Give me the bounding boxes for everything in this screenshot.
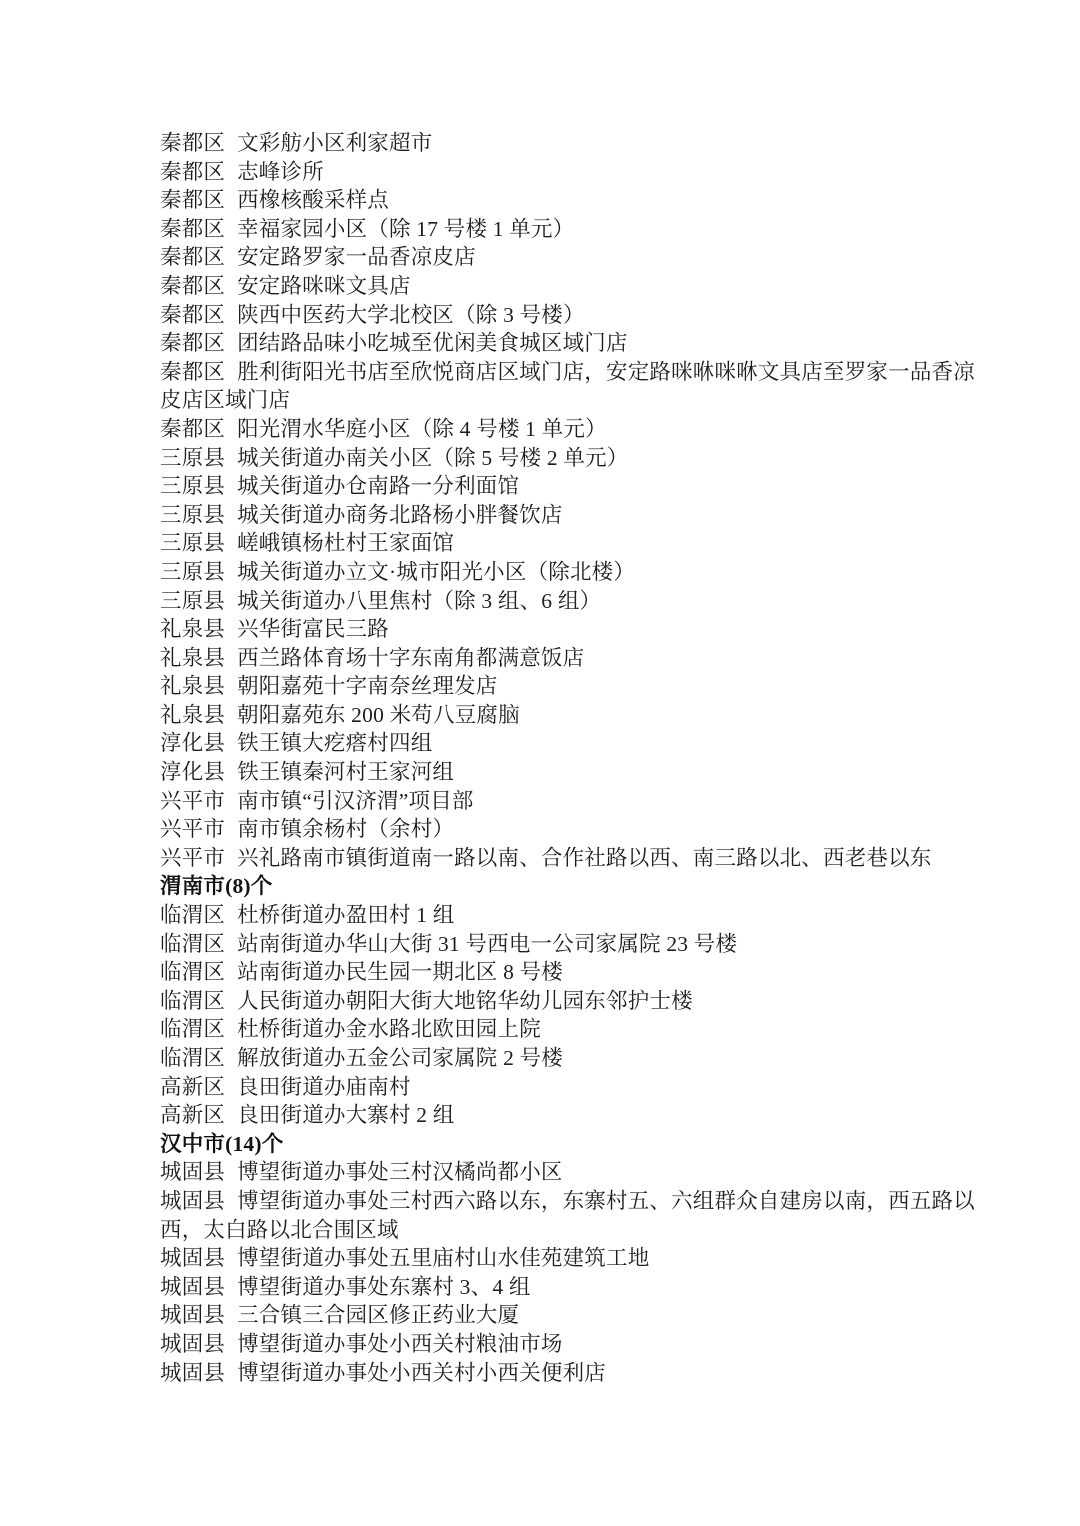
location-entry-line: 高新区良田街道办庙南村 [160, 1073, 1020, 1102]
district-label: 临渭区 [160, 901, 225, 930]
location-entry-line: 城固县博望街道办事处小西关村粮油市场 [160, 1330, 1020, 1359]
district-label: 临渭区 [160, 1044, 225, 1073]
location-text: 铁王镇大疙瘩村四组 [237, 731, 432, 755]
entry-continuation-line: 皮店区域门店 [160, 386, 1020, 415]
location-text: 杜桥街道办盈田村 1 组 [237, 903, 454, 927]
location-text: 博望街道办事处五里庙村山水佳苑建筑工地 [237, 1246, 649, 1270]
location-entry-line: 三原县城关街道办南关小区（除 5 号楼 2 单元） [160, 444, 1020, 473]
location-entry-line: 秦都区胜利街阳光书店至欣悦商店区域门店，安定路咪咻咪咻文具店至罗家一品香凉 [160, 358, 1020, 387]
location-text: 胜利街阳光书店至欣悦商店区域门店，安定路咪咻咪咻文具店至罗家一品香凉 [237, 360, 975, 384]
location-text: 城关街道办南关小区（除 5 号楼 2 单元） [237, 446, 628, 470]
district-label: 临渭区 [160, 930, 225, 959]
location-entry-line: 秦都区安定路咪咪文具店 [160, 272, 1020, 301]
location-text: 志峰诊所 [237, 160, 324, 184]
district-label: 兴平市 [160, 815, 225, 844]
location-entry-line: 秦都区西橡核酸采样点 [160, 186, 1020, 215]
district-label: 秦都区 [160, 415, 225, 444]
location-entry-line: 临渭区人民街道办朝阳大街大地铭华幼儿园东邻护士楼 [160, 987, 1020, 1016]
location-entry-line: 三原县城关街道办仓南路一分利面馆 [160, 472, 1020, 501]
district-label: 城固县 [160, 1158, 225, 1187]
district-label: 秦都区 [160, 129, 225, 158]
location-entry-line: 三原县城关街道办八里焦村（除 3 组、6 组） [160, 587, 1020, 616]
district-label: 三原县 [160, 472, 225, 501]
district-label: 礼泉县 [160, 672, 225, 701]
location-text: 嵯峨镇杨杜村王家面馆 [237, 531, 454, 555]
location-text: 南市镇余杨村（余村） [237, 817, 454, 841]
location-entry-line: 兴平市兴礼路南市镇街道南一路以南、合作社路以西、南三路以北、西老巷以东 [160, 844, 1020, 873]
district-label: 秦都区 [160, 215, 225, 244]
location-entry-line: 城固县博望街道办事处小西关村小西关便利店 [160, 1359, 1020, 1388]
location-entry-line: 秦都区安定路罗家一品香凉皮店 [160, 243, 1020, 272]
district-label: 秦都区 [160, 329, 225, 358]
location-entry-line: 礼泉县朝阳嘉苑十字南奈丝理发店 [160, 672, 1020, 701]
location-text: 南市镇“引汉济渭”项目部 [237, 789, 474, 813]
district-label: 临渭区 [160, 1015, 225, 1044]
location-entry-line: 临渭区站南街道办华山大街 31 号西电一公司家属院 23 号楼 [160, 930, 1020, 959]
location-entry-line: 秦都区志峰诊所 [160, 158, 1020, 187]
location-entry-line: 秦都区陕西中医药大学北校区（除 3 号楼） [160, 301, 1020, 330]
location-text: 西橡核酸采样点 [237, 188, 389, 212]
location-entry-line: 兴平市南市镇“引汉济渭”项目部 [160, 787, 1020, 816]
district-label: 淳化县 [160, 729, 225, 758]
district-label: 三原县 [160, 501, 225, 530]
district-label: 三原县 [160, 529, 225, 558]
district-label: 城固县 [160, 1244, 225, 1273]
location-text: 博望街道办事处小西关村小西关便利店 [237, 1361, 606, 1385]
location-text: 阳光渭水华庭小区（除 4 号楼 1 单元） [237, 417, 607, 441]
district-label: 城固县 [160, 1187, 225, 1216]
location-entry-line: 城固县博望街道办事处五里庙村山水佳苑建筑工地 [160, 1244, 1020, 1273]
location-text: 兴礼路南市镇街道南一路以南、合作社路以西、南三路以北、西老巷以东 [237, 846, 931, 870]
location-text: 博望街道办事处小西关村粮油市场 [237, 1332, 563, 1356]
district-label: 城固县 [160, 1301, 225, 1330]
district-label: 临渭区 [160, 958, 225, 987]
location-entry-line: 礼泉县兴华街富民三路 [160, 615, 1020, 644]
location-entry-line: 淳化县铁王镇大疙瘩村四组 [160, 729, 1020, 758]
district-label: 秦都区 [160, 186, 225, 215]
location-text: 兴华街富民三路 [237, 617, 389, 641]
location-entry-line: 临渭区杜桥街道办盈田村 1 组 [160, 901, 1020, 930]
location-text: 城关街道办仓南路一分利面馆 [237, 474, 519, 498]
location-text: 安定路罗家一品香凉皮店 [237, 245, 476, 269]
location-entry-line: 秦都区幸福家园小区（除 17 号楼 1 单元） [160, 215, 1020, 244]
location-entry-line: 三原县嵯峨镇杨杜村王家面馆 [160, 529, 1020, 558]
location-text: 解放街道办五金公司家属院 2 号楼 [237, 1046, 563, 1070]
location-entry-line: 城固县博望街道办事处三村西六路以东，东寨村五、六组群众自建房以南，西五路以 [160, 1187, 1020, 1216]
location-entry-line: 兴平市南市镇余杨村（余村） [160, 815, 1020, 844]
location-text: 站南街道办民生园一期北区 8 号楼 [237, 960, 563, 984]
location-text: 安定路咪咪文具店 [237, 274, 411, 298]
location-text: 城关街道办八里焦村（除 3 组、6 组） [237, 589, 601, 613]
location-text: 铁王镇秦河村王家河组 [237, 760, 454, 784]
location-entry-line: 高新区良田街道办大寨村 2 组 [160, 1101, 1020, 1130]
location-entry-line: 城固县三合镇三合园区修正药业大厦 [160, 1301, 1020, 1330]
location-text: 团结路品味小吃城至优闲美食城区域门店 [237, 331, 628, 355]
location-text: 西兰路体育场十字东南角都满意饭店 [237, 646, 584, 670]
location-entry-line: 秦都区阳光渭水华庭小区（除 4 号楼 1 单元） [160, 415, 1020, 444]
location-text: 良田街道办大寨村 2 组 [237, 1103, 454, 1127]
location-text: 城关街道办立文·城市阳光小区（除北楼） [237, 560, 635, 584]
entry-continuation-line: 西，太白路以北合围区域 [160, 1216, 1020, 1245]
location-entry-line: 礼泉县西兰路体育场十字东南角都满意饭店 [160, 644, 1020, 673]
location-text: 良田街道办庙南村 [237, 1075, 411, 1099]
district-label: 秦都区 [160, 301, 225, 330]
district-label: 三原县 [160, 558, 225, 587]
location-entry-line: 秦都区文彩舫小区利家超市 [160, 129, 1020, 158]
district-label: 兴平市 [160, 844, 225, 873]
district-label: 三原县 [160, 444, 225, 473]
location-text: 三合镇三合园区修正药业大厦 [237, 1303, 519, 1327]
location-entry-line: 淳化县铁王镇秦河村王家河组 [160, 758, 1020, 787]
district-label: 淳化县 [160, 758, 225, 787]
document-page: 秦都区文彩舫小区利家超市秦都区志峰诊所秦都区西橡核酸采样点秦都区幸福家园小区（除… [0, 0, 1080, 1526]
location-text: 博望街道办事处三村西六路以东，东寨村五、六组群众自建房以南，西五路以 [237, 1189, 975, 1213]
district-label: 临渭区 [160, 987, 225, 1016]
location-entry-line: 三原县城关街道办商务北路杨小胖餐饮店 [160, 501, 1020, 530]
district-label: 礼泉县 [160, 615, 225, 644]
location-entry-line: 礼泉县朝阳嘉苑东 200 米苟八豆腐脑 [160, 701, 1020, 730]
district-label: 礼泉县 [160, 644, 225, 673]
location-entry-line: 三原县城关街道办立文·城市阳光小区（除北楼） [160, 558, 1020, 587]
location-text: 人民街道办朝阳大街大地铭华幼儿园东邻护士楼 [237, 989, 693, 1013]
location-entry-line: 城固县博望街道办事处三村汉橘尚都小区 [160, 1158, 1020, 1187]
location-text: 博望街道办事处三村汉橘尚都小区 [237, 1160, 563, 1184]
district-label: 礼泉县 [160, 701, 225, 730]
location-entry-line: 临渭区杜桥街道办金水路北欧田园上院 [160, 1015, 1020, 1044]
district-label: 城固县 [160, 1359, 225, 1388]
location-text: 博望街道办事处东寨村 3、4 组 [237, 1275, 530, 1299]
location-entry-line: 城固县博望街道办事处东寨村 3、4 组 [160, 1273, 1020, 1302]
district-label: 兴平市 [160, 787, 225, 816]
location-text: 朝阳嘉苑东 200 米苟八豆腐脑 [237, 703, 520, 727]
location-text: 杜桥街道办金水路北欧田园上院 [237, 1017, 541, 1041]
location-text: 文彩舫小区利家超市 [237, 131, 432, 155]
district-label: 城固县 [160, 1330, 225, 1359]
section-header: 汉中市(14)个 [160, 1130, 1020, 1159]
location-text: 幸福家园小区（除 17 号楼 1 单元） [237, 217, 574, 241]
district-label: 秦都区 [160, 158, 225, 187]
location-text: 站南街道办华山大街 31 号西电一公司家属院 23 号楼 [237, 932, 737, 956]
location-list: 秦都区文彩舫小区利家超市秦都区志峰诊所秦都区西橡核酸采样点秦都区幸福家园小区（除… [160, 129, 1020, 1387]
district-label: 三原县 [160, 587, 225, 616]
location-text: 朝阳嘉苑十字南奈丝理发店 [237, 674, 497, 698]
location-text: 城关街道办商务北路杨小胖餐饮店 [237, 503, 563, 527]
district-label: 秦都区 [160, 243, 225, 272]
location-entry-line: 临渭区解放街道办五金公司家属院 2 号楼 [160, 1044, 1020, 1073]
location-entry-line: 临渭区站南街道办民生园一期北区 8 号楼 [160, 958, 1020, 987]
district-label: 城固县 [160, 1273, 225, 1302]
location-entry-line: 秦都区团结路品味小吃城至优闲美食城区域门店 [160, 329, 1020, 358]
district-label: 秦都区 [160, 358, 225, 387]
district-label: 高新区 [160, 1073, 225, 1102]
location-text: 陕西中医药大学北校区（除 3 号楼） [237, 303, 585, 327]
section-header: 渭南市(8)个 [160, 872, 1020, 901]
district-label: 高新区 [160, 1101, 225, 1130]
district-label: 秦都区 [160, 272, 225, 301]
